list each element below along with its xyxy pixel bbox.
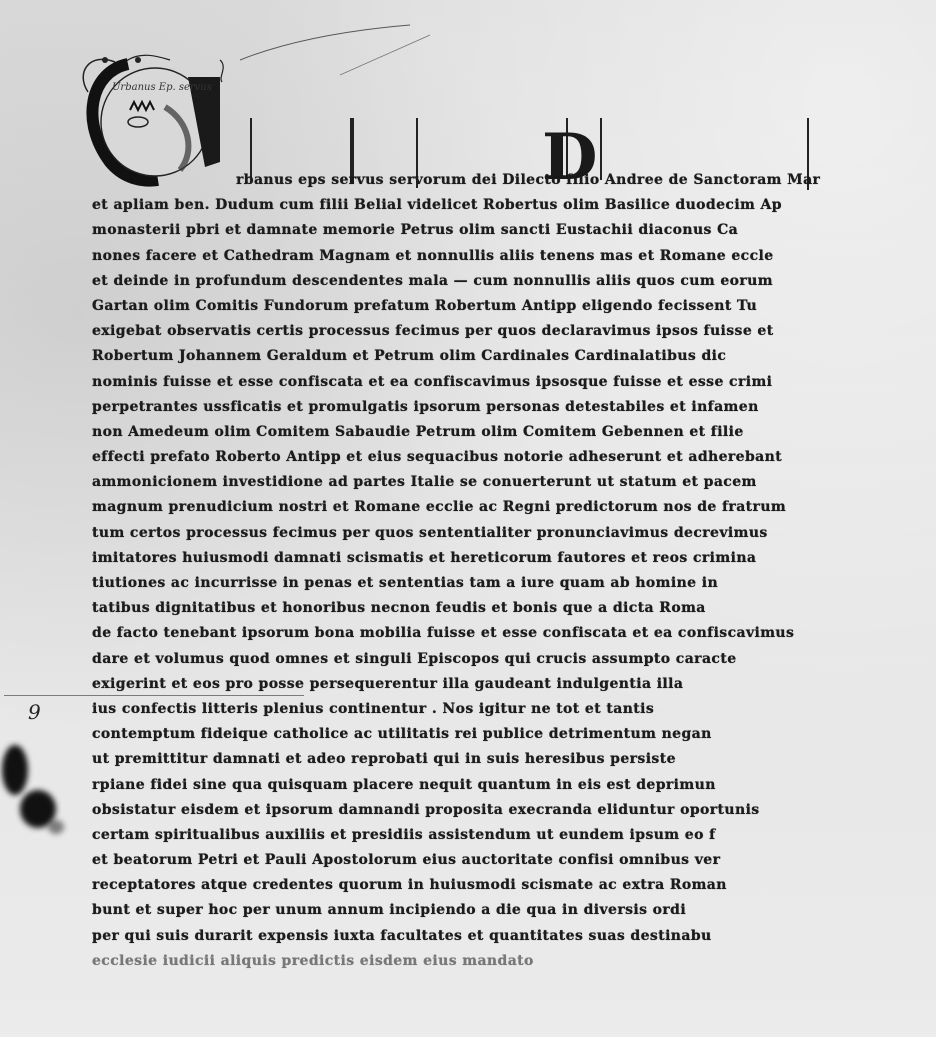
text-line-cut-off: ecclesie iudicii aliquis predictis eisde… xyxy=(92,949,932,974)
margin-mark: 9 xyxy=(28,700,41,724)
text-line: et beatorum Petri et Pauli Apostolorum e… xyxy=(92,848,932,873)
text-line: rpiane fidei sine qua quisquam placere n… xyxy=(92,773,932,798)
text-line: ut premittitur damnati et adeo reprobati… xyxy=(92,747,932,772)
text-line: receptatores atque credentes quorum in h… xyxy=(92,873,932,898)
text-line: tatibus dignitatibus et honoribus necnon… xyxy=(92,596,932,621)
text-line: perpetrantes ussficatis et promulgatis i… xyxy=(92,395,932,420)
text-line: ius confectis litteris plenius continent… xyxy=(92,697,932,722)
manuscript-page: Urbanus Ep. servus D rbanus eps servus s… xyxy=(0,0,936,1043)
text-line: Gartan olim Comitis Fundorum prefatum Ro… xyxy=(92,294,932,319)
text-line: certam spiritualibus auxiliis et presidi… xyxy=(92,823,932,848)
manuscript-text: rbanus eps servus servorum dei Dilecto f… xyxy=(92,168,932,974)
text-line: magnum prenudicium nostri et Romane eccl… xyxy=(92,495,932,520)
text-line: nominis fuisse et esse confiscata et ea … xyxy=(92,370,932,395)
initial-caption: Urbanus Ep. servus xyxy=(112,82,212,93)
text-line: bunt et super hoc per unum annum incipie… xyxy=(92,898,932,923)
text-line: effecti prefato Roberto Antipp et eius s… xyxy=(92,445,932,470)
text-line: contemptum fideique catholice ac utilita… xyxy=(92,722,932,747)
ink-stain xyxy=(2,745,28,795)
text-line: tiutiones ac incurrisse in penas et sent… xyxy=(92,571,932,596)
text-line: exigebat observatis certis processus fec… xyxy=(92,319,932,344)
text-line: et apliam ben. Dudum cum filii Belial vi… xyxy=(92,193,932,218)
text-line: obsistatur eisdem et ipsorum damnandi pr… xyxy=(92,798,932,823)
text-line: tum certos processus fecimus per quos se… xyxy=(92,521,932,546)
pen-flourish-icon xyxy=(230,20,430,80)
text-line: ammonicionem investidione ad partes Ital… xyxy=(92,470,932,495)
ink-stain xyxy=(48,820,64,834)
text-line: monasterii pbri et damnate memorie Petru… xyxy=(92,218,932,243)
text-line: rbanus eps servus servorum dei Dilecto f… xyxy=(92,168,932,193)
text-line: per qui suis durarit expensis iuxta facu… xyxy=(92,924,932,949)
page-bottom-edge xyxy=(0,1037,936,1043)
decorated-initial-icon xyxy=(70,52,230,187)
text-line: non Amedeum olim Comitem Sabaudie Petrum… xyxy=(92,420,932,445)
fold-crease-line xyxy=(4,695,304,696)
text-line: nones facere et Cathedram Magnam et nonn… xyxy=(92,244,932,269)
text-line: dare et volumus quod omnes et singuli Ep… xyxy=(92,647,932,672)
text-line: et deinde in profundum descendentes mala… xyxy=(92,269,932,294)
text-line: imitatores huiusmodi damnati scismatis e… xyxy=(92,546,932,571)
text-line: exigerint et eos pro posse persequerentu… xyxy=(92,672,932,697)
text-line: Robertum Johannem Geraldum et Petrum oli… xyxy=(92,344,932,369)
text-line: de facto tenebant ipsorum bona mobilia f… xyxy=(92,621,932,646)
